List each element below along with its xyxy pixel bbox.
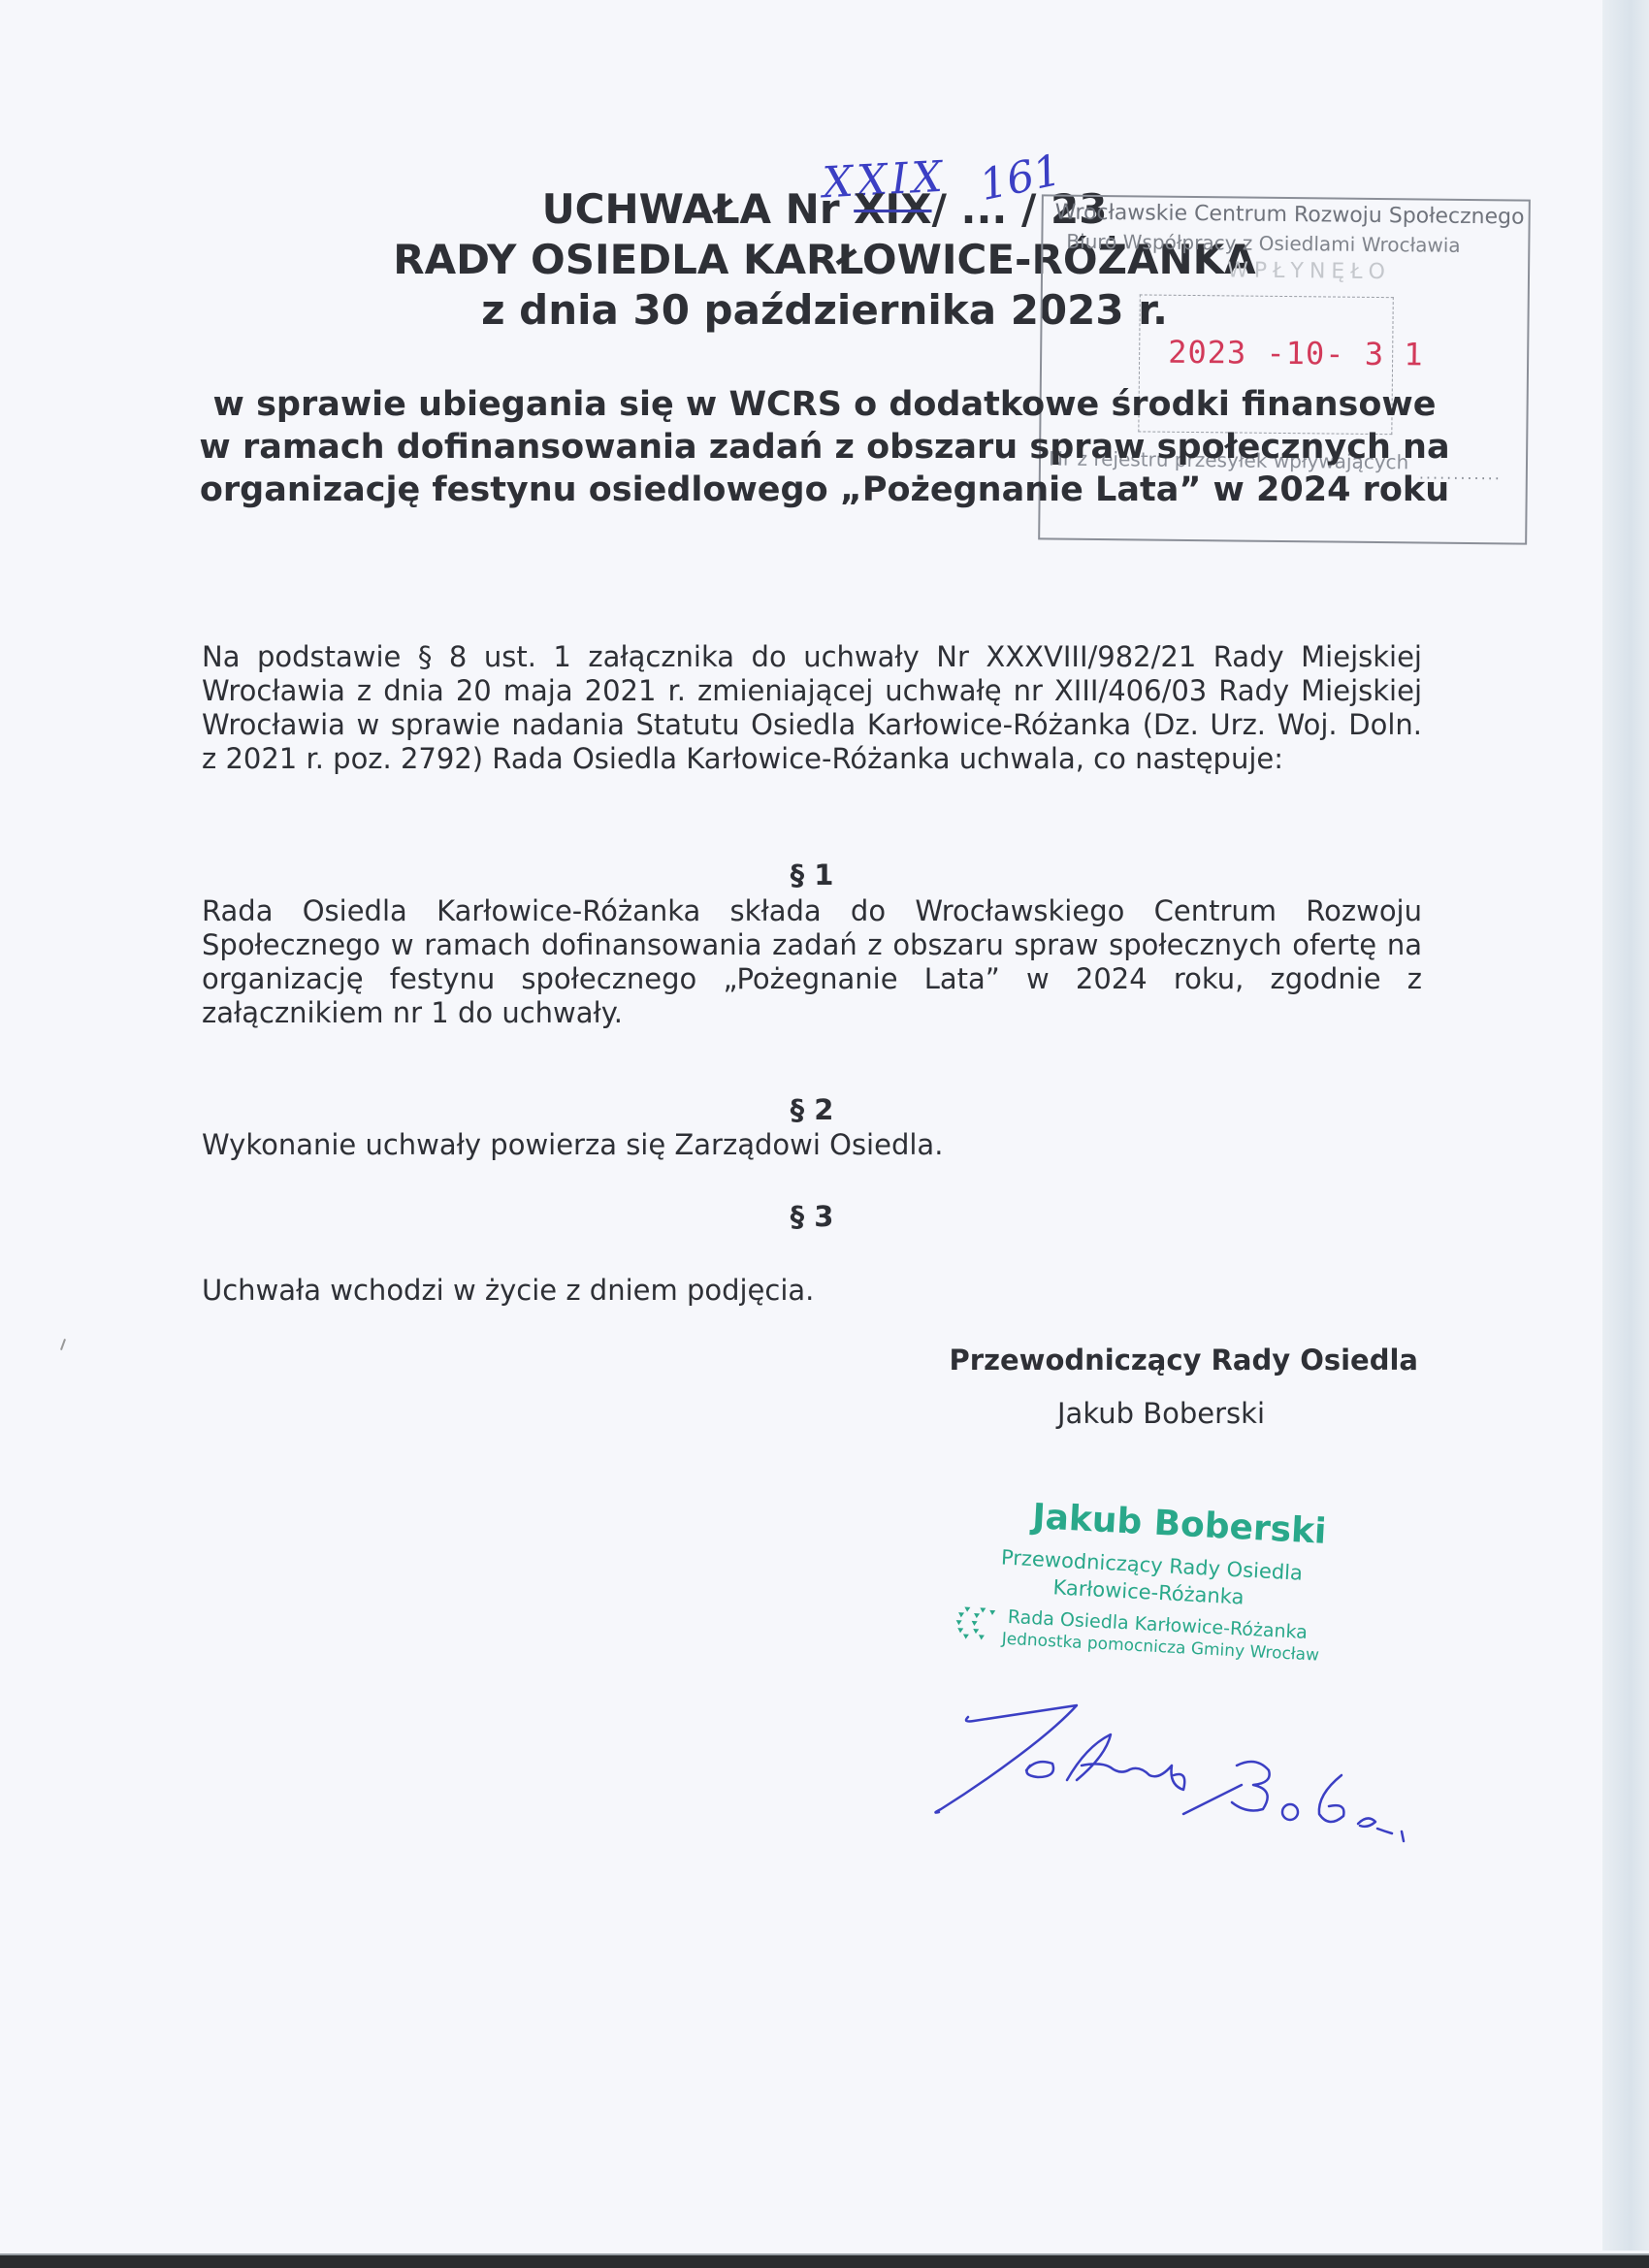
document-subject: w sprawie ubiegania się w WCRS o dodatko… <box>199 383 1450 511</box>
paragraph-1-heading: § 1 <box>202 859 1422 891</box>
signatory-title: Przewodniczący Rady Osiedla <box>873 1344 1418 1377</box>
stamp-role: Przewodniczący Rady Osiedla <box>1000 1545 1303 1584</box>
stamp-dept: Biuro Współpracy z Osiedlami Wrocławia <box>1066 230 1461 257</box>
council-logo-icon <box>953 1603 998 1656</box>
stamp-name: Jakub Boberski <box>1031 1497 1327 1552</box>
title-prefix: UCHWAŁA Nr <box>542 185 855 233</box>
paragraph-2-text: Wykonanie uchwały powierza się Zarządowi… <box>202 1128 1422 1162</box>
paragraph-2-heading: § 2 <box>202 1093 1422 1126</box>
paragraph-1-text: Rada Osiedla Karłowice-Różanka składa do… <box>202 894 1422 1030</box>
scan-bottom-border <box>0 2253 1649 2268</box>
struck-number: XIX <box>854 185 931 233</box>
signatory-name: Jakub Boberski <box>1057 1397 1265 1430</box>
name-stamp: Jakub Boberski Przewodniczący Rady Osied… <box>951 1493 1368 1708</box>
scan-page-edge <box>1602 0 1649 2251</box>
stamp-date: 2023 -10- 3 1 <box>1168 334 1424 373</box>
stamp-org: Wrocławskie Centrum Rozwoju Społecznego <box>1055 201 1525 230</box>
scan-mark <box>60 1339 66 1350</box>
stamp-area: Karłowice-Różanka <box>1052 1575 1245 1608</box>
stamp-received-label: WPŁYNĘŁO <box>1227 258 1391 284</box>
paragraph-3-heading: § 3 <box>202 1200 1422 1233</box>
paragraph-3-text: Uchwała wchodzi w życie z dniem podjęcia… <box>202 1274 1422 1308</box>
handwritten-signature <box>912 1688 1436 1853</box>
preamble: Na podstawie § 8 ust. 1 załącznika do uc… <box>202 640 1422 776</box>
